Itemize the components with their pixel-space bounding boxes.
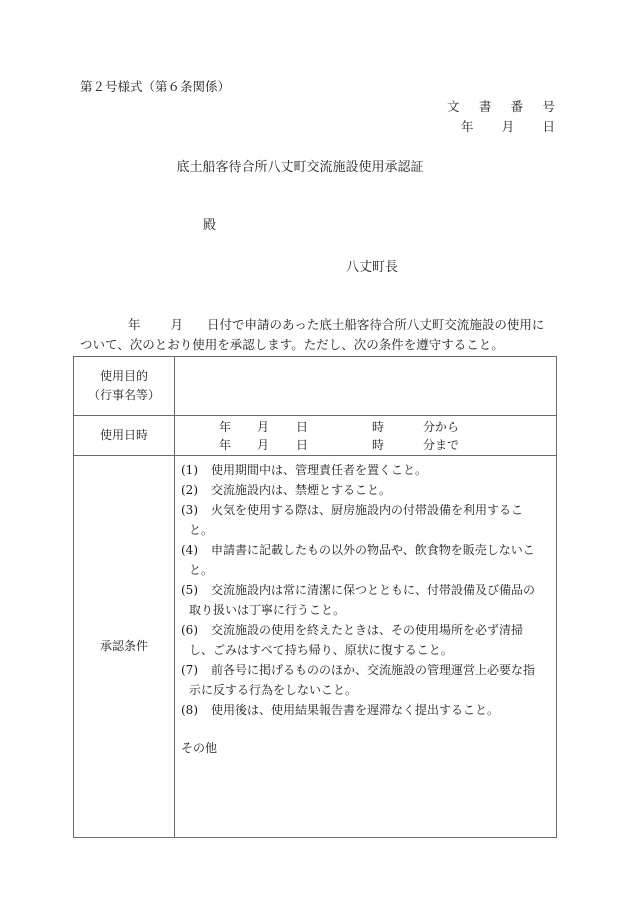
conditions-label: 承認条件	[74, 456, 175, 838]
condition-item: (5) 交流施設内は常に清潔に保つとともに、付帯設備及び備品の	[181, 580, 552, 600]
conditions-value: (1) 使用期間中は、管理責任者を置くこと。 (2) 交流施設内は、禁煙とするこ…	[175, 456, 557, 838]
datetime-to: 年 月 日 時 分まで	[175, 436, 556, 454]
purpose-value[interactable]	[175, 357, 557, 416]
condition-item-continuation: し、ごみはすべて持ち帰り、原状に復すること。	[181, 640, 552, 660]
datetime-label: 使用日時	[74, 416, 175, 456]
intro-year: 年	[128, 317, 141, 332]
doc-number-char: 号	[542, 101, 555, 114]
intro-line-2: ついて、次のとおり使用を承認します。ただし、次の条件を遵守すること。	[80, 339, 504, 352]
form-number: 第２号様式（第６条関係）	[80, 81, 230, 94]
document-date: 年 月 日	[461, 121, 555, 134]
doc-number-char: 文	[447, 101, 460, 114]
date-day: 日	[542, 121, 555, 134]
intro-text: 日付で申請のあった底土船客待合所八丈町交流施設の使用に	[207, 317, 544, 332]
intro-line-1: 年月日付で申請のあった底土船客待合所八丈町交流施設の使用に	[128, 319, 544, 332]
row-purpose: 使用目的 （行事名等）	[74, 357, 557, 416]
row-datetime: 使用日時 年 月 日 時 分から 年 月 日 時 分まで	[74, 416, 557, 456]
document-title: 底土船客待合所八丈町交流施設使用承認証	[0, 161, 600, 174]
condition-item: (8) 使用後は、使用結果報告書を遅滞なく提出すること。	[181, 700, 552, 720]
approval-table: 使用目的 （行事名等） 使用日時 年 月 日 時 分から 年 月 日 時 分まで…	[73, 356, 557, 838]
date-month: 月	[502, 121, 515, 134]
purpose-label: 使用目的 （行事名等）	[74, 357, 175, 416]
document-number: 文 書 番 号	[447, 101, 555, 114]
condition-item: (6) 交流施設の使用を終えたときは、その使用場所を必ず清掃	[181, 620, 552, 640]
addressee-suffix: 殿	[203, 219, 216, 232]
intro-month: 月	[171, 317, 184, 332]
condition-item-continuation: 取り扱いは丁寧に行うこと。	[181, 600, 552, 620]
condition-item-continuation: と。	[181, 520, 552, 540]
datetime-value[interactable]: 年 月 日 時 分から 年 月 日 時 分まで	[175, 416, 557, 456]
doc-number-char: 書	[479, 101, 492, 114]
condition-item: (4) 申請書に記載したもの以外の物品や、飲食物を販売しないこ	[181, 540, 552, 560]
date-year: 年	[461, 121, 474, 134]
row-conditions: 承認条件 (1) 使用期間中は、管理責任者を置くこと。 (2) 交流施設内は、禁…	[74, 456, 557, 838]
condition-item: (3) 火気を使用する際は、厨房施設内の付帯設備を利用するこ	[181, 500, 552, 520]
condition-item-continuation: と。	[181, 560, 552, 580]
doc-number-char: 番	[511, 101, 524, 114]
condition-item: (1) 使用期間中は、管理責任者を置くこと。	[181, 460, 552, 480]
condition-item: (2) 交流施設内は、禁煙とすること。	[181, 480, 552, 500]
other-conditions-label: その他	[181, 738, 552, 758]
datetime-from: 年 月 日 時 分から	[175, 418, 556, 436]
issuer: 八丈町長	[346, 261, 398, 274]
condition-item-continuation: 示に反する行為をしないこと。	[181, 680, 552, 700]
condition-item: (7) 前各号に掲げるもののほか、交流施設の管理運営上必要な指	[181, 660, 552, 680]
